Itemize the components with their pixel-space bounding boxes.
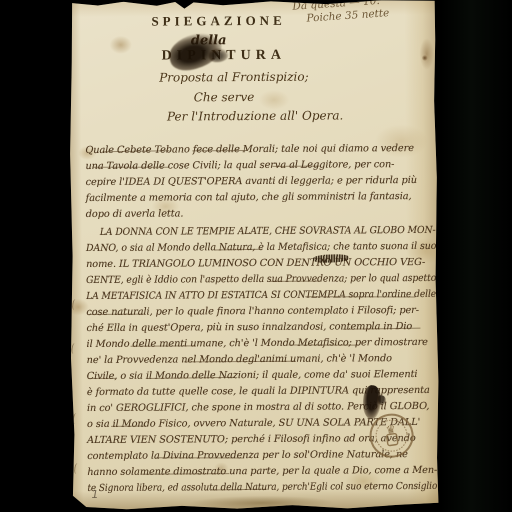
margin-pen-mark	[72, 413, 78, 425]
title-introduzione: Per l'Introduzione all' Opera.	[95, 108, 415, 124]
photo-background: Da questa — 10. Poiche 35 nette SPIEGAZI…	[0, 0, 512, 512]
underline-stroke	[289, 345, 359, 346]
title-proposta: Proposta al Frontispizio;	[94, 69, 374, 85]
underline-stroke	[111, 426, 146, 427]
library-stamp: ♛	[365, 409, 418, 462]
title-che-serve: Che serve	[94, 89, 354, 105]
manuscript-line: facilmente a memoria con tal ajuto, che …	[86, 186, 436, 204]
margin-pen-mark	[74, 463, 80, 475]
pencil-page-number: 1	[91, 488, 98, 501]
underline-stroke	[92, 167, 169, 168]
manuscript-line: LA DONNA CON LE TEMPIE ALATE, CHE SOVRAS…	[86, 220, 436, 238]
manuscript-page: Da questa — 10. Poiche 35 nette SPIEGAZI…	[68, 0, 439, 511]
manuscript-line: hanno solamente dimostrato una parte, pe…	[87, 460, 437, 478]
underline-stroke	[89, 378, 116, 379]
underline-stroke	[156, 457, 244, 458]
margin-pen-mark	[72, 299, 78, 311]
ink-blot-drip	[377, 395, 386, 405]
margin-pen-mark	[71, 343, 77, 355]
manuscript-line: GENTE, egli è Iddio con l'aspetto della …	[86, 268, 436, 286]
title-spiegazione: SPIEGAZIONE	[69, 12, 369, 30]
